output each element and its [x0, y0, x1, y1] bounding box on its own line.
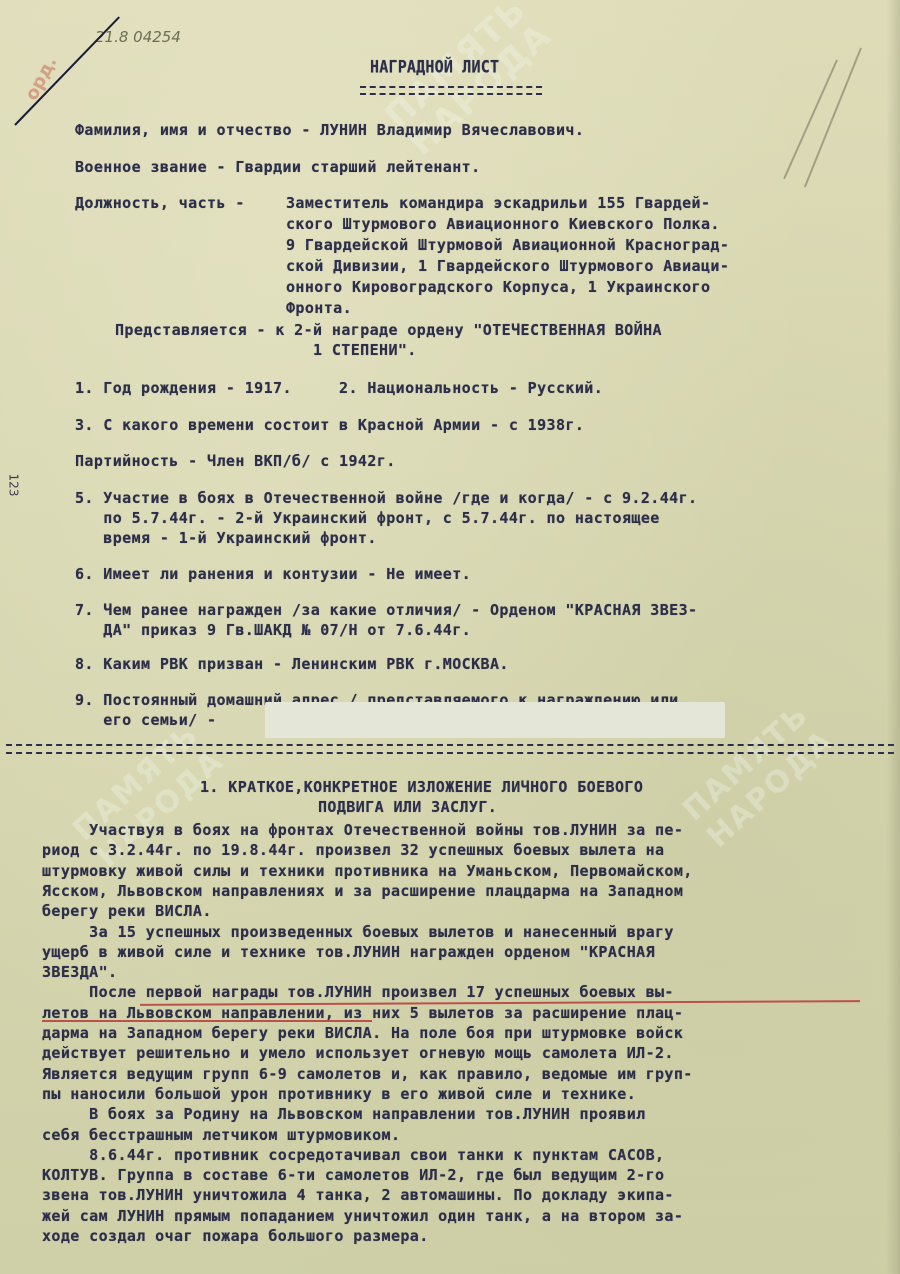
- field-position-line: 9 Гвардейской Штурмовой Авиационной Крас…: [286, 235, 729, 256]
- field-party: Партийность - Член ВКП/б/ с 1942г.: [75, 451, 396, 472]
- field-position-line: ского Штурмового Авиационного Киевского …: [286, 214, 720, 235]
- field-previous-awards: ДА" приказ 9 Гв.ШАКД № 07/Н от 7.6.44г.: [75, 620, 471, 641]
- section-body-line: После первой награды тов.ЛУНИН произвел …: [42, 982, 674, 1003]
- section-body-line: 8.6.44г. противник сосредотачивал свои т…: [42, 1145, 664, 1166]
- field-home-address: его семьи/ -: [75, 710, 216, 731]
- red-underline: [42, 1020, 372, 1022]
- field-previous-awards: 7. Чем ранее награжден /за какие отличия…: [75, 600, 697, 621]
- field-full-name: Фамилия, имя и отчество - ЛУНИН Владимир…: [75, 120, 584, 141]
- handwritten-reference: 21.8 04254: [95, 28, 181, 46]
- title-underline: [360, 86, 542, 95]
- field-combat-participation: время - 1-й Украинский фронт.: [75, 528, 377, 549]
- section-body-line: пы наносили большой урон противнику в ег…: [42, 1084, 636, 1105]
- section-body-line: За 15 успешных произведенных боевых выле…: [42, 922, 674, 943]
- section-body-line: риод с 3.2.44г. по 19.8.44г. произвел 32…: [42, 840, 664, 861]
- section-body-line: дарма на Западном берегу реки ВИСЛА. На …: [42, 1023, 683, 1044]
- section-heading: ПОДВИГА ИЛИ ЗАСЛУГ.: [318, 797, 497, 818]
- section-body-line: Ясском, Львовском направлениях и за расш…: [42, 881, 683, 902]
- section-body-line: звена тов.ЛУНИН уничтожила 4 танка, 2 ав…: [42, 1185, 674, 1206]
- field-draft-office: 8. Каким РВК призван - Ленинским РВК г.М…: [75, 654, 509, 675]
- section-body-line: жей сам ЛУНИН прямым попаданием уничтожи…: [42, 1206, 683, 1227]
- field-position-label: Должность, часть -: [75, 193, 245, 214]
- margin-page-number: 123: [6, 474, 20, 497]
- section-body-line: ЗВЕЗДА".: [42, 962, 117, 983]
- field-combat-participation: 5. Участие в боях в Отечественной войне …: [75, 488, 697, 509]
- section-body-line: берегу реки ВИСЛА.: [42, 901, 212, 922]
- section-body-line: Является ведущим групп 6-9 самолетов и, …: [42, 1064, 693, 1085]
- field-nomination: Представляется - к 2-й награде ордену "О…: [115, 320, 662, 341]
- field-position-line: онного Кировоградского Корпуса, 1 Украин…: [286, 277, 710, 298]
- redacted-address: [265, 702, 725, 738]
- field-military-rank: Военное звание - Гвардии старший лейтена…: [75, 157, 481, 178]
- document-title: НАГРАДНОЙ ЛИСТ: [370, 55, 499, 79]
- section-body-line: себя бесстрашным летчиком штурмовиком.: [42, 1125, 400, 1146]
- field-position-line: Фронта.: [286, 298, 352, 319]
- document-page: ПАМЯТЬ НАРОДА ПАМЯТЬ НАРОДА ПАМЯТЬ НАРОД…: [0, 0, 900, 1274]
- section-divider: [6, 744, 894, 754]
- section-body-line: действует решительно и умело использует …: [42, 1043, 674, 1064]
- field-wounds: 6. Имеет ли ранения и контузии - Не имее…: [75, 564, 471, 585]
- field-army-since: 3. С какого времени состоит в Красной Ар…: [75, 415, 584, 436]
- section-body-line: КОЛТУВ. Группа в составе 6-ти самолетов …: [42, 1165, 664, 1186]
- field-nomination: 1 СТЕПЕНИ".: [313, 340, 417, 361]
- section-body-line: Участвуя в боях на фронтах Отечественной…: [42, 820, 683, 841]
- field-position-line: ской Дивизии, 1 Гвардейского Штурмового …: [286, 256, 729, 277]
- field-combat-participation: по 5.7.44г. - 2-й Украинский фронт, с 5.…: [75, 508, 660, 529]
- section-body-line: ущерб в живой силе и технике тов.ЛУНИН н…: [42, 942, 655, 963]
- section-body-line: В боях за Родину на Львовском направлени…: [42, 1104, 646, 1125]
- section-heading: 1. КРАТКОЕ,КОНКРЕТНОЕ ИЗЛОЖЕНИЕ ЛИЧНОГО …: [200, 777, 643, 798]
- pen-strike-line: [14, 16, 120, 125]
- field-position-line: Заместитель командира эскадрильи 155 Гва…: [286, 193, 710, 214]
- section-body-line: ходе создал очаг пожара большого размера…: [42, 1226, 429, 1247]
- field-birth-nationality: 1. Год рождения - 1917. 2. Национальност…: [75, 378, 603, 399]
- section-body-line: штурмовку живой силы и техники противник…: [42, 861, 693, 882]
